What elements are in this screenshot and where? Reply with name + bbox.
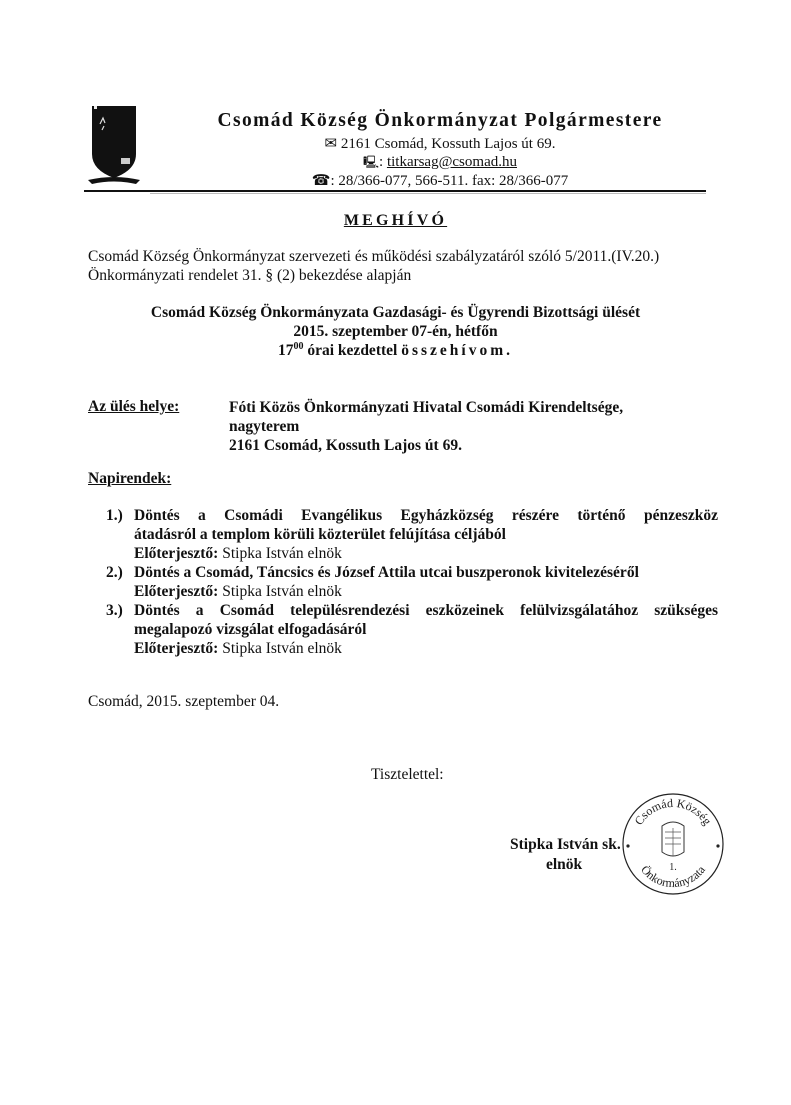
agenda-list: 1.) Döntés a Csomádi Evangélikus Egyházk…: [106, 506, 718, 658]
signer-role: elnök: [546, 856, 582, 874]
official-stamp-icon: Csomád Község Önkormányzata 1.: [620, 792, 726, 896]
convene-verb: összehívom.: [401, 342, 513, 359]
agenda-item-title-line-1: Döntés a Csomád településrendezési eszkö…: [134, 601, 718, 620]
agenda-item-presenter: Előterjesztő: Stipka István elnök: [134, 582, 718, 601]
convene-minutes: 00: [294, 341, 304, 352]
agenda-item-title-line-1: Döntés a Csomád, Táncsics és József Atti…: [134, 563, 718, 582]
venue-line-3: 2161 Csomád, Kossuth Lajos út 69.: [229, 436, 462, 455]
agenda-item-title-line-2: átadásról a templom körüli közterület fe…: [134, 525, 718, 544]
agenda-item-title-line-2: megalapozó vizsgálat elfogadásáról: [134, 620, 718, 639]
agenda-item: 2.) Döntés a Csomád, Táncsics és József …: [106, 563, 718, 601]
intro-line-1: Csomád Község Önkormányzat szervezeti és…: [88, 247, 728, 266]
venue-label: Az ülés helye:: [88, 398, 179, 416]
presenter-name: Stipka István elnök: [218, 640, 342, 657]
header-divider: [84, 190, 706, 192]
intro-line-2: Önkormányzati rendelet 31. § (2) bekezdé…: [88, 266, 728, 285]
greeting: Tisztelettel:: [371, 765, 444, 784]
email-link[interactable]: titkarsag@csomad.hu: [387, 154, 517, 170]
email-prefix: :: [379, 154, 387, 170]
presenter-label: Előterjesztő:: [134, 640, 218, 657]
agenda-item-title-line-1: Döntés a Csomádi Evangélikus Egyházközsé…: [134, 506, 718, 525]
venue-line-2: nagyterem: [229, 417, 299, 436]
convene-hour: 17: [278, 342, 294, 359]
convene-time: 1700 órai kezdettel összehívom.: [0, 342, 791, 360]
convene-committee: Csomád Község Önkormányzata Gazdasági- é…: [0, 304, 791, 322]
convene-rest: órai kezdettel: [304, 342, 402, 359]
header-address: ✉ 2161 Csomád, Kossuth Lajos út 69.: [150, 134, 730, 153]
venue-line-1: Fóti Közös Önkormányzati Hivatal Csomádi…: [229, 398, 623, 417]
signer-name: Stipka István sk.: [510, 836, 621, 854]
computer-icon: 🖳: [363, 155, 379, 169]
envelope-icon: ✉: [325, 136, 338, 152]
presenter-label: Előterjesztő:: [134, 545, 218, 562]
agenda-item: 3.) Döntés a Csomád településrendezési e…: [106, 601, 718, 658]
header-divider-shadow: [150, 193, 706, 194]
place-date: Csomád, 2015. szeptember 04.: [88, 692, 728, 711]
header-title: Csomád Község Önkormányzat Polgármestere: [150, 110, 730, 132]
agenda-item-presenter: Előterjesztő: Stipka István elnök: [134, 639, 718, 658]
stamp-number: 1.: [669, 862, 677, 873]
agenda-label: Napirendek:: [88, 470, 171, 488]
presenter-label: Előterjesztő:: [134, 583, 218, 600]
header-phone: ☎: 28/366-077, 566-511. fax: 28/366-077: [150, 171, 730, 190]
coat-of-arms-icon: [88, 104, 140, 186]
agenda-item-number: 3.): [106, 601, 134, 658]
phone-text: : 28/366-077, 566-511. fax: 28/366-077: [330, 173, 568, 189]
presenter-name: Stipka István elnök: [218, 545, 342, 562]
agenda-item-number: 1.): [106, 506, 134, 563]
presenter-name: Stipka István elnök: [218, 583, 342, 600]
telephone-icon: ☎: [312, 173, 331, 189]
agenda-item: 1.) Döntés a Csomádi Evangélikus Egyházk…: [106, 506, 718, 563]
agenda-item-presenter: Előterjesztő: Stipka István elnök: [134, 544, 718, 563]
agenda-item-number: 2.): [106, 563, 134, 601]
convene-date: 2015. szeptember 07-én, hétfőn: [0, 323, 791, 341]
address-text: 2161 Csomád, Kossuth Lajos út 69.: [341, 136, 556, 152]
stamp-text-top: Csomád Község: [632, 796, 715, 828]
document-title: MEGHÍVÓ: [0, 212, 791, 230]
svg-text:Csomád Község: Csomád Község: [632, 796, 715, 828]
